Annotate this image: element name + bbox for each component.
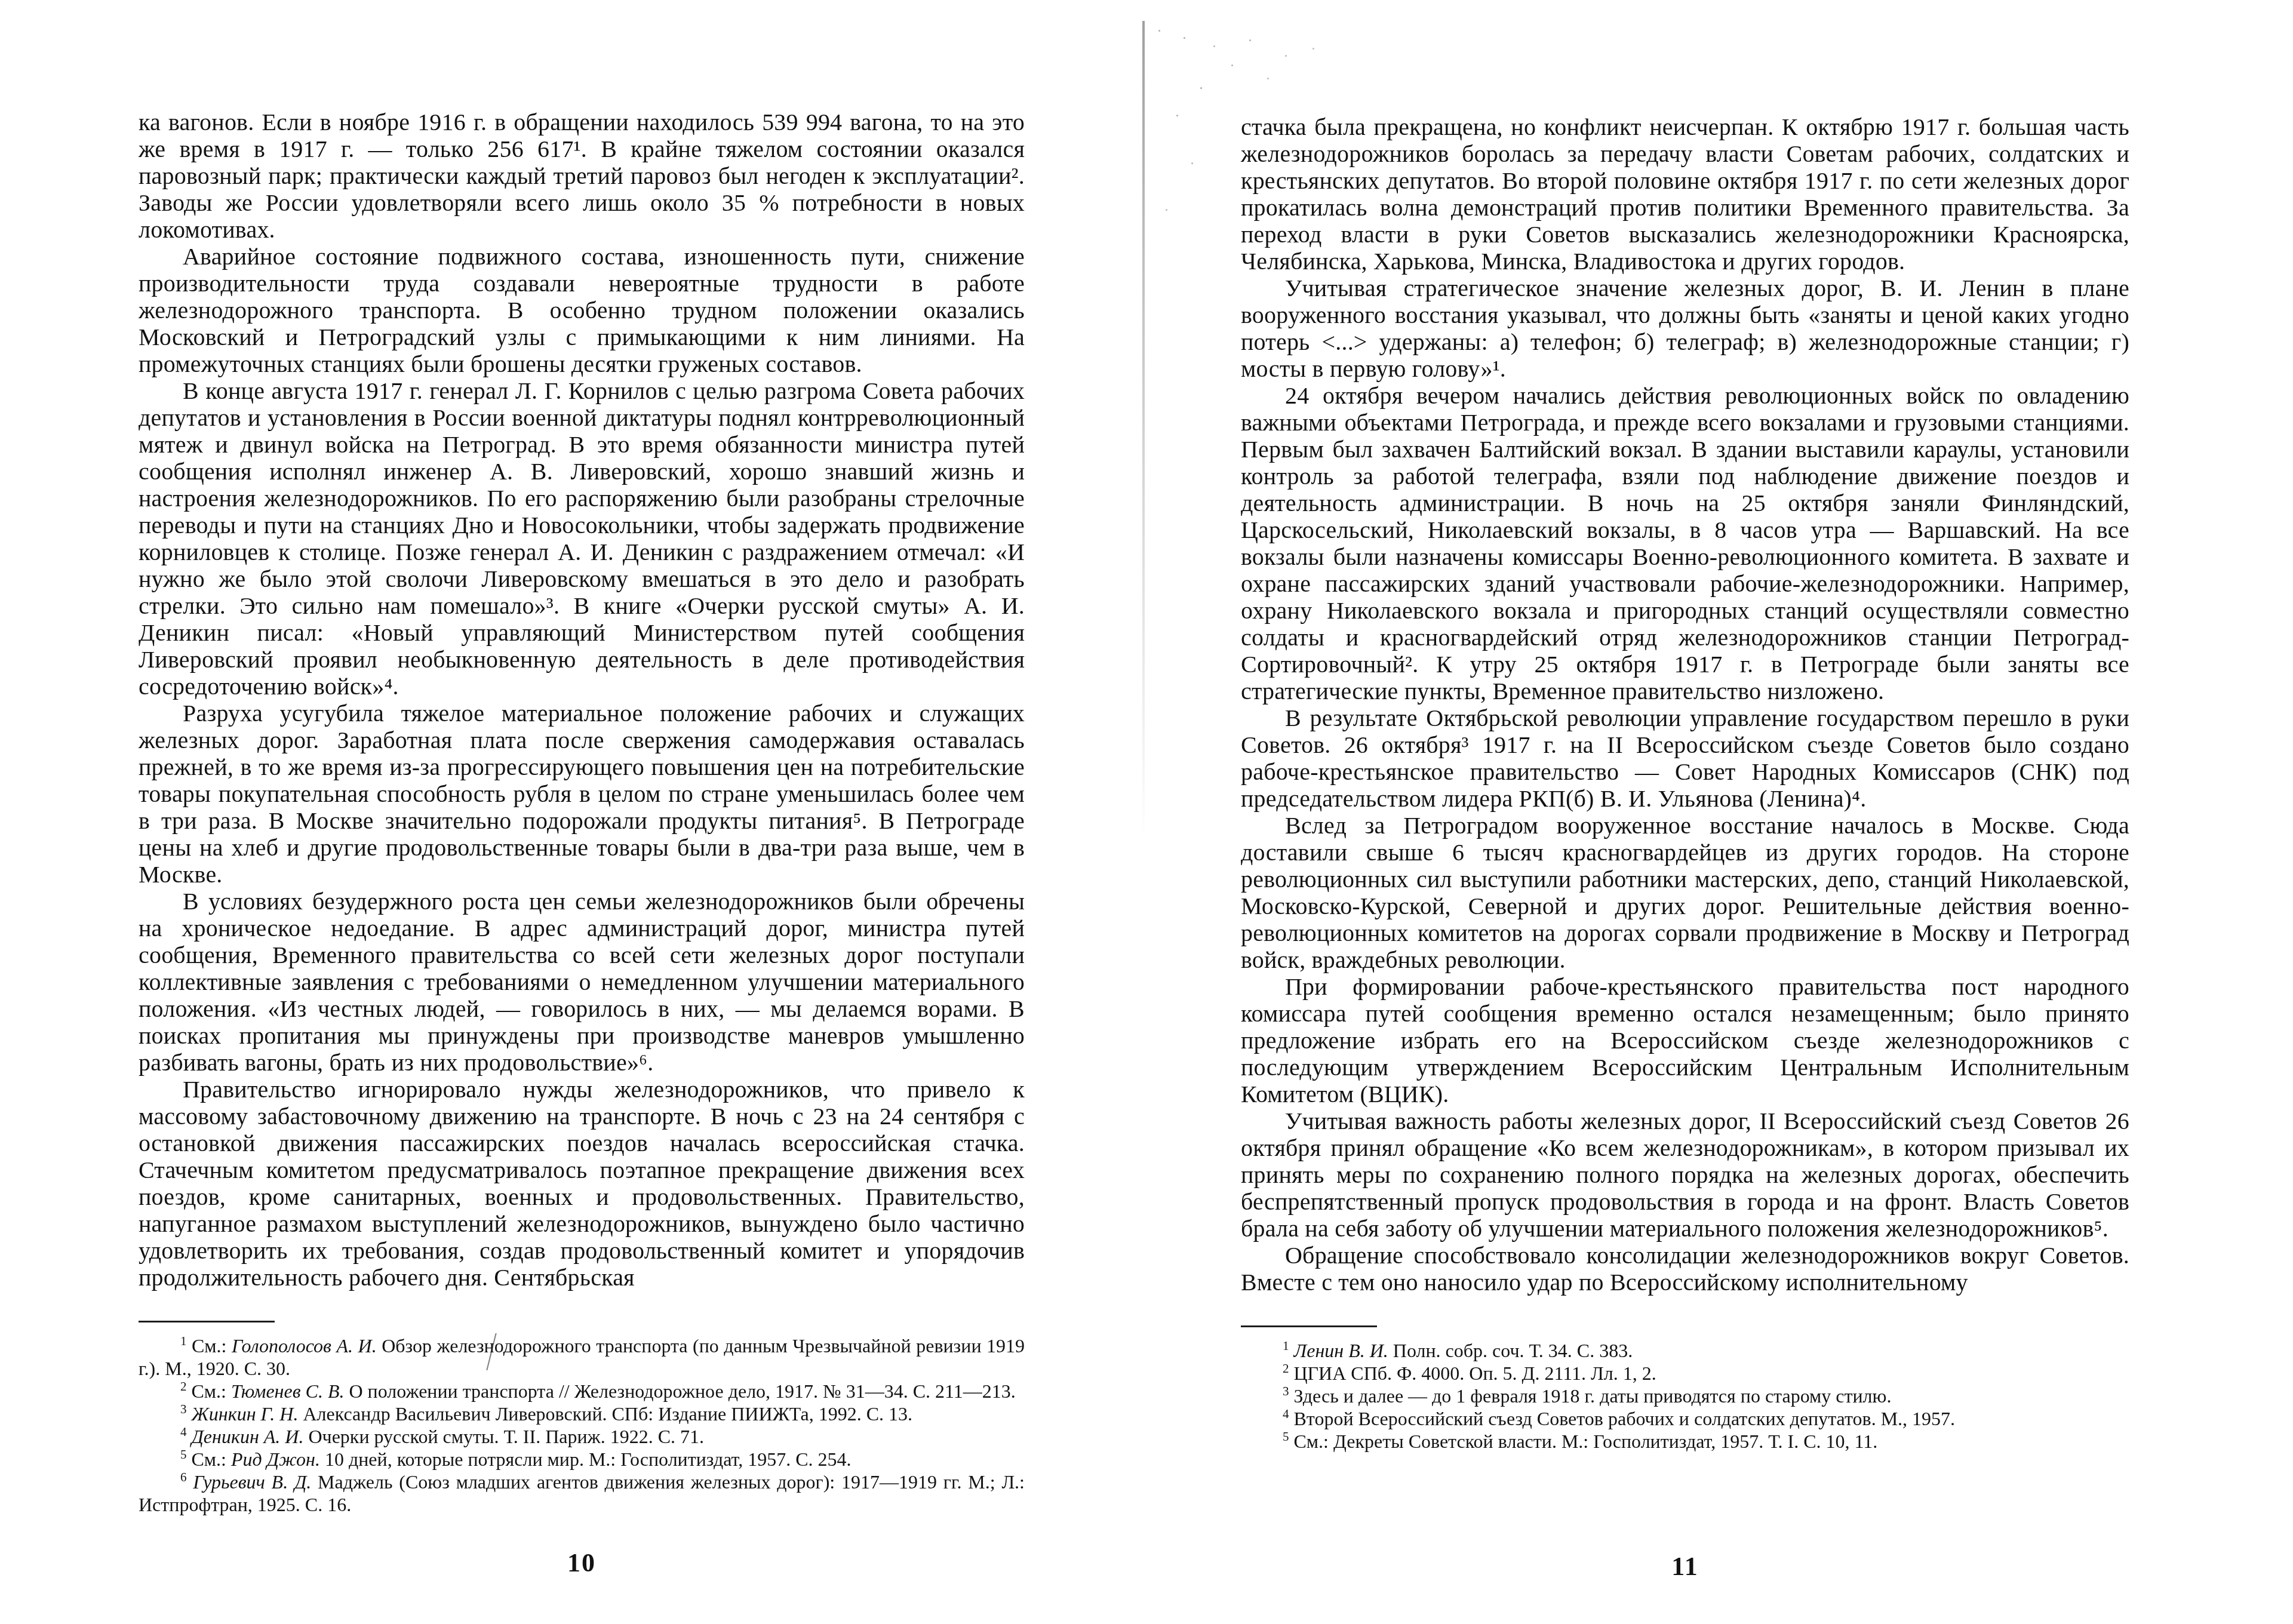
paragraph-text: Учитывая стратегическое значение железны… <box>1241 275 2129 382</box>
footnote-prefix: См.: <box>192 1335 232 1357</box>
footnote: 4 Деникин А. И. Очерки русской смуты. Т.… <box>139 1425 1025 1448</box>
paragraph: При формировании рабоче-крестьянского пр… <box>1241 973 2129 1108</box>
footnote-prefix: См.: <box>192 1380 231 1402</box>
footnote-marker: 5 <box>1283 1429 1289 1444</box>
left-page: ка вагонов. Если в ноябре 1916 г. в обра… <box>139 109 1025 1516</box>
paragraph-text: Разруха усугубила тяжелое материальное п… <box>139 700 1025 888</box>
book-scan-spread: { "document": { "left_page": { "page_num… <box>0 0 2293 1624</box>
scan-speckles <box>1158 30 1160 32</box>
paragraph: Обращение способствовало консолидации же… <box>1241 1242 2129 1296</box>
paragraph-text: В условиях безудержного роста цен семьи … <box>139 888 1025 1076</box>
paragraph: Учитывая важность работы железных дорог,… <box>1241 1108 2129 1242</box>
book-gutter-fold-line <box>1142 21 1145 839</box>
right-page-body: стачка была прекращена, но конфликт неис… <box>1241 113 2129 1296</box>
paragraph-text: Обращение способствовало консолидации же… <box>1241 1242 2129 1296</box>
footnote-author: Жинкин Г. Н. <box>192 1403 299 1425</box>
footnote-separator <box>139 1321 275 1322</box>
footnote: 1 Ленин В. И. Полн. собр. соч. Т. 34. С.… <box>1241 1339 2129 1362</box>
footnote-marker: 4 <box>1283 1407 1289 1421</box>
paragraph-text: Вслед за Петроградом вооруженное восстан… <box>1241 812 2129 973</box>
footnote-author: Гурьевич В. Д. <box>193 1471 311 1493</box>
footnote: 1 См.: Голополосов А. И. Обзор железнодо… <box>139 1334 1025 1380</box>
footnote: 5 См.: Декреты Советской власти. М.: Гос… <box>1241 1430 2129 1453</box>
paragraph: Аварийное состояние подвижного состава, … <box>139 243 1025 377</box>
footnote-author: Деникин А. И. <box>192 1426 304 1447</box>
paragraph-text: ка вагонов. Если в ноябре 1916 г. в обра… <box>139 109 1025 243</box>
paragraph-text: 24 октября вечером начались действия рев… <box>1241 382 2129 705</box>
footnote: 2 См.: Тюменев С. В. О положении транспо… <box>139 1380 1025 1402</box>
footnote-author: Голополосов А. И. <box>232 1335 377 1357</box>
footnote-marker: 1 <box>1283 1339 1289 1353</box>
footnote-author: Тюменев С. В. <box>231 1380 344 1402</box>
paragraph: стачка была прекращена, но конфликт неис… <box>1241 113 2129 275</box>
footnote: 3 Здесь и далее — до 1 февраля 1918 г. д… <box>1241 1385 2129 1407</box>
footnote-text: ЦГИА СПб. Ф. 4000. Оп. 5. Д. 2111. Лл. 1… <box>1294 1362 1656 1384</box>
footnote-separator <box>1241 1325 1377 1327</box>
footnote: 6 Гурьевич В. Д. Маджель (Союз младших а… <box>139 1471 1025 1516</box>
footnote-marker: 2 <box>180 1379 187 1394</box>
footnote-marker: 2 <box>1283 1361 1289 1376</box>
paragraph-text: Правительство игнорировало нужды железно… <box>139 1076 1025 1291</box>
footnote-text: См.: Декреты Советской власти. М.: Госпо… <box>1294 1431 1878 1452</box>
paragraph: В конце августа 1917 г. генерал Л. Г. Ко… <box>139 377 1025 700</box>
paragraph-text: Аварийное состояние подвижного состава, … <box>139 243 1025 377</box>
paragraph-text: При формировании рабоче-крестьянского пр… <box>1241 973 2129 1108</box>
footnote: 3 Жинкин Г. Н. Александр Васильевич Ливе… <box>139 1402 1025 1425</box>
paragraph: В результате Октябрьской революции управ… <box>1241 705 2129 812</box>
right-page: стачка была прекращена, но конфликт неис… <box>1241 113 2129 1453</box>
left-page-body: ка вагонов. Если в ноябре 1916 г. в обра… <box>139 109 1025 1291</box>
footnote-text: Второй Всероссийский съезд Советов рабоч… <box>1294 1408 1956 1429</box>
paragraph: В условиях безудержного роста цен семьи … <box>139 888 1025 1076</box>
left-page-footnotes: 1 См.: Голополосов А. И. Обзор железнодо… <box>139 1334 1025 1516</box>
paragraph: ка вагонов. Если в ноябре 1916 г. в обра… <box>139 109 1025 243</box>
page-number-right: 11 <box>1241 1551 2129 1582</box>
footnote-text: О положении транспорта // Железнодорожно… <box>344 1380 1015 1402</box>
footnote-marker: 5 <box>180 1447 187 1462</box>
paragraph-text: В результате Октябрьской революции управ… <box>1241 705 2129 812</box>
footnote-prefix: См.: <box>192 1448 231 1470</box>
footnote-author: Рид Джон. <box>231 1448 320 1470</box>
footnote-author: Ленин В. И. <box>1294 1340 1388 1361</box>
footnote-marker: 4 <box>180 1425 187 1439</box>
footnote-text: Очерки русской смуты. Т. II. Париж. 1922… <box>303 1426 704 1447</box>
page-number-left: 10 <box>139 1548 1025 1578</box>
footnote-text: Здесь и далее — до 1 февраля 1918 г. дат… <box>1294 1385 1892 1407</box>
paragraph-text: В конце августа 1917 г. генерал Л. Г. Ко… <box>139 377 1025 700</box>
footnote: 2 ЦГИА СПб. Ф. 4000. Оп. 5. Д. 2111. Лл.… <box>1241 1362 2129 1385</box>
paragraph: Разруха усугубила тяжелое материальное п… <box>139 700 1025 888</box>
footnote-marker: 6 <box>180 1470 187 1484</box>
footnote-marker: 1 <box>180 1334 187 1348</box>
footnote: 5 См.: Рид Джон. 10 дней, которые потряс… <box>139 1448 1025 1471</box>
paragraph: Учитывая стратегическое значение железны… <box>1241 275 2129 382</box>
footnote-marker: 3 <box>1283 1384 1289 1398</box>
footnote-text: Полн. собр. соч. Т. 34. С. 383. <box>1388 1340 1633 1361</box>
footnote-marker: 3 <box>180 1402 187 1416</box>
paragraph-text: стачка была прекращена, но конфликт неис… <box>1241 113 2129 275</box>
footnote-text: 10 дней, которые потрясли мир. М.: Госпо… <box>320 1448 852 1470</box>
footnote-text: Александр Васильевич Ливеровский. СПб: И… <box>298 1403 912 1425</box>
footnote: 4 Второй Всероссийский съезд Советов раб… <box>1241 1407 2129 1430</box>
paragraph: Правительство игнорировало нужды железно… <box>139 1076 1025 1291</box>
right-page-footnotes: 1 Ленин В. И. Полн. собр. соч. Т. 34. С.… <box>1241 1339 2129 1453</box>
paragraph-text: Учитывая важность работы железных дорог,… <box>1241 1108 2129 1242</box>
paragraph: Вслед за Петроградом вооруженное восстан… <box>1241 812 2129 973</box>
paragraph: 24 октября вечером начались действия рев… <box>1241 382 2129 705</box>
